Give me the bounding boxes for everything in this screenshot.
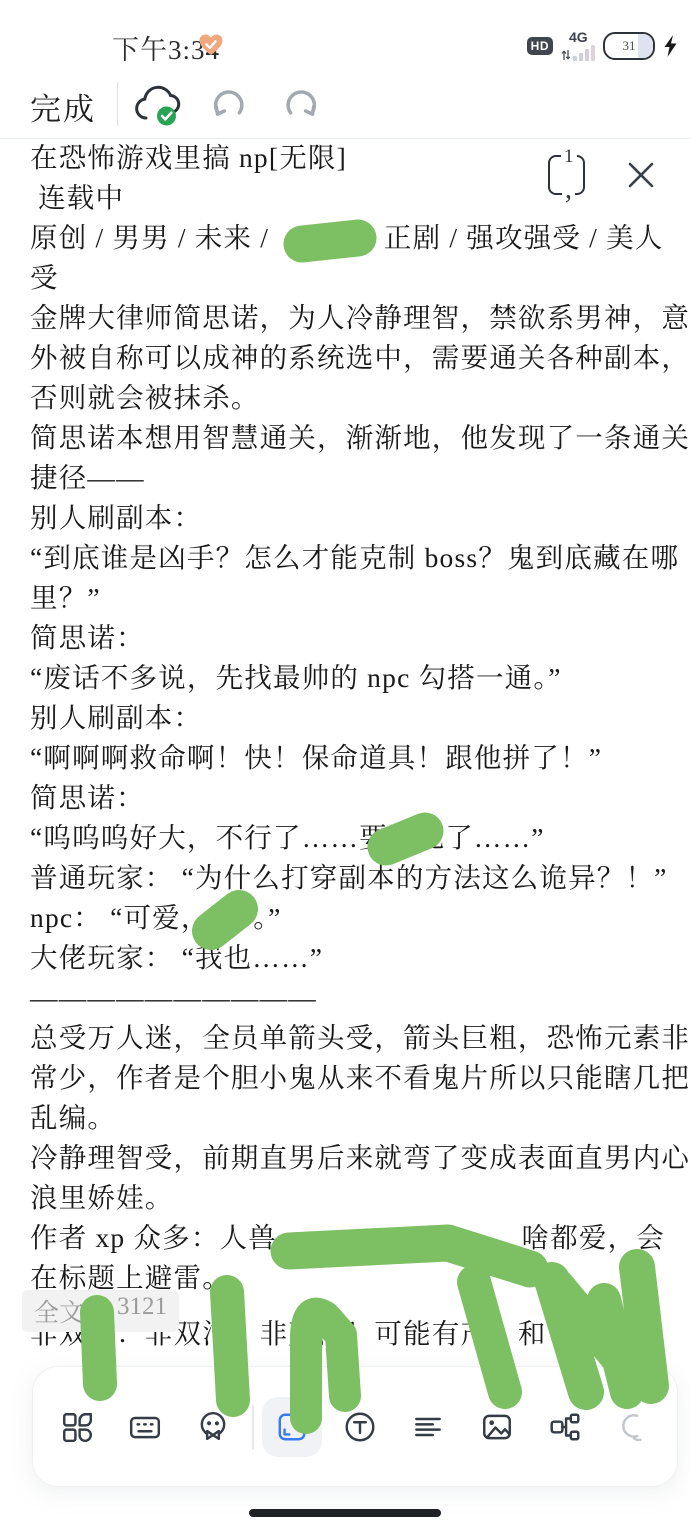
resize-icon [275, 1410, 309, 1444]
tool-voice[interactable] [603, 1397, 663, 1457]
word-count-tooltip: 全文: 3121 [22, 1290, 179, 1332]
tool-sticker-mask[interactable] [183, 1397, 243, 1457]
word-count-value: 3121 [117, 1293, 167, 1329]
text-line[interactable]: 简思诺： [30, 618, 690, 658]
editor-top-toolbar: 完成 1 , [0, 72, 690, 139]
redo-button[interactable] [278, 86, 322, 131]
tool-resize[interactable] [262, 1397, 322, 1457]
text-line[interactable]: 否则就会被抹杀。 [30, 378, 690, 418]
signal-bars-icon [573, 45, 595, 61]
tool-mind-map[interactable] [535, 1397, 595, 1457]
image-icon [480, 1410, 514, 1444]
text-line[interactable]: 乱编。 [30, 1098, 690, 1138]
text-line[interactable]: 简思诺本想用智慧通关，渐渐地，他发现了一条通关 [30, 418, 690, 458]
tool-paragraph-align[interactable] [398, 1397, 458, 1457]
text-line[interactable]: 受 [30, 258, 690, 298]
text-line[interactable]: “到底谁是凶手？怎么才能克制 boss？鬼到底藏在哪 [30, 538, 690, 578]
paragraph-align-icon [411, 1410, 445, 1444]
text-line[interactable]: 作者 xp 众多：人兽、 啥都爱，会 [30, 1218, 690, 1258]
text-line[interactable]: 捷径—— [30, 458, 690, 498]
voice-icon [616, 1410, 650, 1444]
text-line[interactable]: “呜呜呜好大，不行了……要 死了……” [30, 818, 690, 858]
text-line[interactable]: “废话不多说，先找最帅的 npc 勾搭一通。” [30, 658, 690, 698]
text-line[interactable]: 原创 / 男男 / 未来 / 正剧 / 强攻强受 / 美人 [30, 218, 690, 258]
undo-button[interactable] [208, 86, 252, 131]
text-line[interactable]: npc： “可爱， 。” [30, 898, 690, 938]
tool-keyboard[interactable] [115, 1397, 175, 1457]
word-count-label: 全文: [34, 1293, 91, 1329]
text-line[interactable]: 在恐怖游戏里搞 np[无限] [30, 138, 690, 178]
status-bar: 下午3:34 HD 4G [0, 22, 690, 68]
text-line[interactable]: 简思诺： [30, 778, 690, 818]
battery-indicator: 31 [603, 32, 655, 60]
hd-badge: HD [527, 37, 553, 55]
status-right-cluster: HD 4G 31 [527, 30, 678, 61]
text-line[interactable]: 冷静理智受，前期直男后来就弯了变成表面直男内心 [30, 1138, 690, 1178]
templates-icon [60, 1410, 94, 1444]
mind-map-icon [548, 1410, 582, 1444]
battery-level: 31 [605, 38, 653, 54]
text-line[interactable]: 金牌大律师简思诺，为人冷静理智，禁欲系男神，意 [30, 298, 690, 338]
done-button[interactable]: 完成 [30, 84, 96, 129]
sync-check-badge [157, 107, 176, 126]
keyboard-icon [128, 1410, 162, 1444]
text-line[interactable]: 外被自称可以成神的系统选中，需要通关各种副本， [30, 338, 690, 378]
home-indicator[interactable] [249, 1509, 441, 1517]
text-line[interactable]: 里？” [30, 578, 690, 618]
network-signal-icon: 4G [561, 30, 595, 61]
text-line[interactable]: “啊啊啊救命啊！快！保命道具！跟他拼了！” [30, 738, 690, 778]
heart-health-icon [198, 33, 224, 62]
charging-bolt-icon [663, 34, 678, 58]
tool-templates[interactable] [47, 1397, 107, 1457]
sticker-mask-icon [196, 1410, 230, 1444]
text-line[interactable]: 别人刷副本： [30, 698, 690, 738]
phone-screen: 下午3:34 HD 4G [0, 0, 690, 1533]
text-line[interactable]: 普通玩家： “为什么打穿副本的方法这么诡异？！” [30, 858, 690, 898]
toolbar-divider [117, 82, 118, 126]
updown-arrows-icon [561, 49, 571, 61]
cloud-sync-button[interactable] [132, 82, 184, 130]
text-line[interactable]: 浪里娇娃。 [30, 1178, 690, 1218]
tool-image[interactable] [467, 1397, 527, 1457]
text-line[interactable]: 总受万人迷，全员单箭头受，箭头巨粗，恐怖元素非 [30, 1018, 690, 1058]
toolbar-divider [252, 1404, 254, 1450]
text-line[interactable]: 常少，作者是个胆小鬼从来不看鬼片所以只能瞎几把 [30, 1058, 690, 1098]
tool-text[interactable] [330, 1397, 390, 1457]
text-line[interactable]: 别人刷副本： [30, 498, 690, 538]
text-line[interactable]: —————————— [30, 978, 690, 1018]
text-line[interactable]: 连载中 [30, 178, 690, 218]
text-icon [343, 1410, 377, 1444]
document-body[interactable]: 在恐怖游戏里搞 np[无限] 连载中原创 / 男男 / 未来 / 正剧 / 强攻… [30, 138, 690, 1354]
text-line[interactable]: 大佬玩家： “我也……” [30, 938, 690, 978]
bottom-toolbar [32, 1366, 678, 1487]
